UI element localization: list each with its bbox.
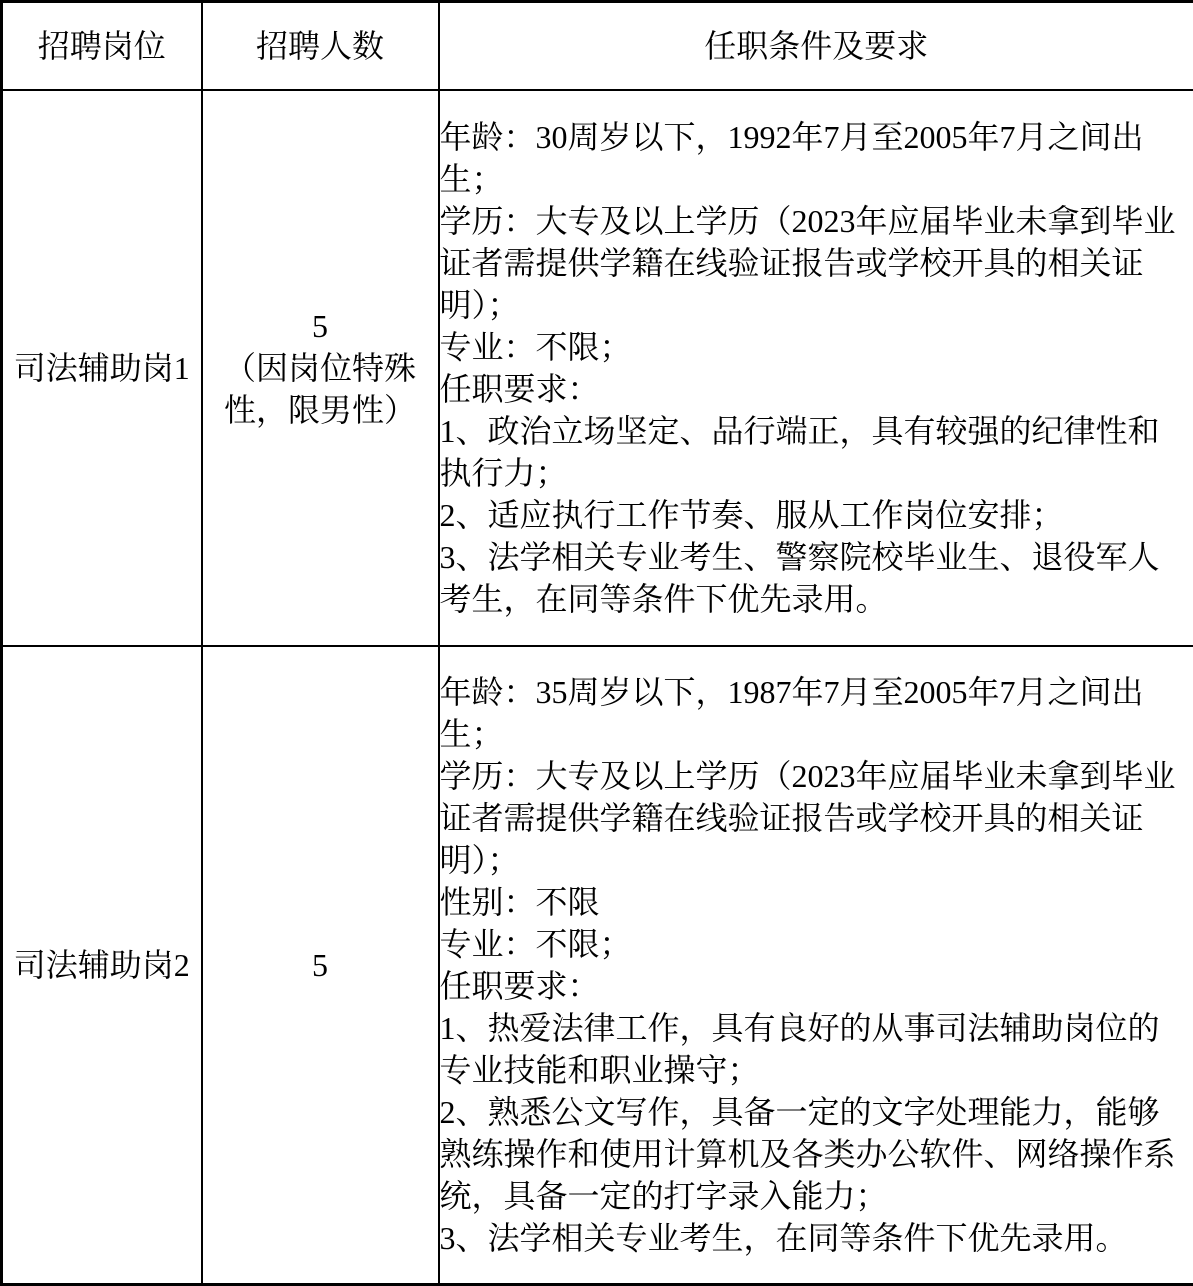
table-row-job1: 司法辅助岗1 5 （因岗位特殊 性，限男性） 年龄：30周岁以下，1992年7月… bbox=[2, 90, 1193, 646]
header-requirements: 任职条件及要求 bbox=[439, 2, 1193, 90]
position-cell: 司法辅助岗2 bbox=[2, 646, 202, 1285]
table-row-job2: 司法辅助岗2 5 年龄：35周岁以下，1987年7月至2005年7月之间出 生；… bbox=[2, 646, 1193, 1285]
header-position: 招聘岗位 bbox=[2, 2, 202, 90]
requirements-cell: 年龄：30周岁以下，1992年7月至2005年7月之间出 生； 学历：大专及以上… bbox=[439, 90, 1193, 646]
headcount-cell: 5 bbox=[202, 646, 439, 1285]
header-headcount: 招聘人数 bbox=[202, 2, 439, 90]
requirements-cell: 年龄：35周岁以下，1987年7月至2005年7月之间出 生； 学历：大专及以上… bbox=[439, 646, 1193, 1285]
position-cell: 司法辅助岗1 bbox=[2, 90, 202, 646]
recruitment-table: 招聘岗位 招聘人数 任职条件及要求 司法辅助岗1 5 （因岗位特殊 性，限男性）… bbox=[0, 0, 1193, 1286]
header-row: 招聘岗位 招聘人数 任职条件及要求 bbox=[2, 2, 1193, 90]
headcount-cell: 5 （因岗位特殊 性，限男性） bbox=[202, 90, 439, 646]
